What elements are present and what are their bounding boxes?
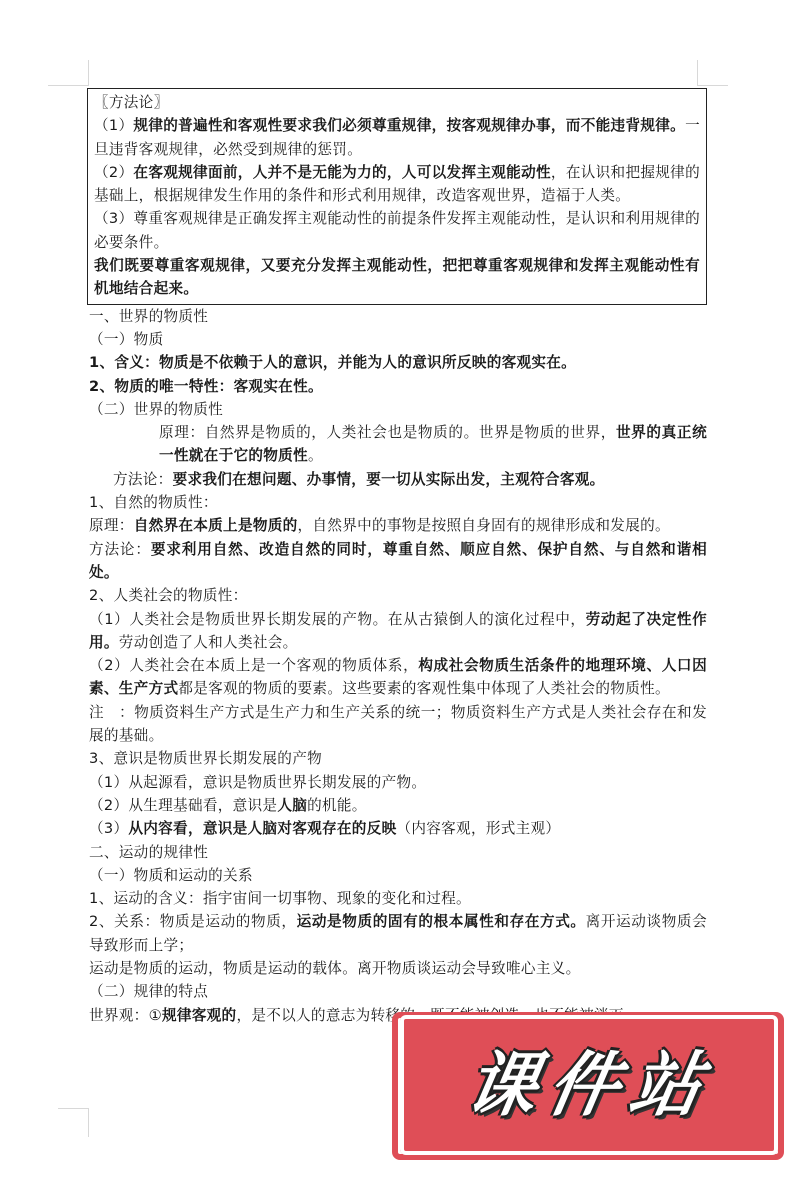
subsection-matter-motion: （一）物质和运动的关系 (89, 864, 707, 887)
subsection-law-features: （二）规律的特点 (89, 980, 707, 1003)
world-principle: 原理：自然界是物质的，人类社会也是物质的。世界是物质的世界，世界的真正统一性就在… (89, 421, 707, 468)
society-point-2: （2）人类社会在本质上是一个客观的物质体系，构成社会物质生活条件的地理环境、人口… (89, 654, 707, 701)
motion-definition: 1、运动的含义：指宇宙间一切事物、现象的变化和过程。 (89, 887, 707, 910)
section-1-title: 一、世界的物质性 (89, 305, 707, 328)
consciousness-title: 3、意识是物质世界长期发展的产物 (89, 747, 707, 770)
margin-mark-top-right (697, 60, 728, 86)
document-page: 〖方法论〗 （1）规律的普遍性和客观性要求我们必须尊重规律，按客观规律办事，而不… (89, 88, 707, 1027)
society-materiality-title: 2、人类社会的物质性： (89, 584, 707, 607)
consciousness-point-1: （1）从起源看，意识是物质世界长期发展的产物。 (89, 771, 707, 794)
box-conclusion: 我们既要尊重客观规律，又要充分发挥主观能动性，把把尊重客观规律和发挥主观能动性有… (94, 254, 700, 301)
section-2-title: 二、运动的规律性 (89, 841, 707, 864)
consciousness-point-3: （3）从内容看，意识是人脑对客观存在的反映（内容客观，形式主观） (89, 817, 707, 840)
watermark-text: 课件站 (422, 1040, 758, 1130)
society-point-1: （1）人类社会是物质世界长期发展的产物。在从古猿倒人的演化过程中，劳动起了决定性… (89, 608, 707, 655)
nature-materiality-title: 1、自然的物质性： (89, 491, 707, 514)
box-point-3: （3）尊重客观规律是正确发挥主观能动性的前提条件发挥主观能动性，是认识和利用规律… (94, 207, 700, 254)
margin-mark-top-left (48, 60, 89, 86)
box-heading: 〖方法论〗 (94, 91, 700, 114)
matter-definition: 1、含义：物质是不依赖于人的意识，并能为人的意识所反映的客观实在。 (89, 351, 707, 374)
subsection-world-materiality: （二）世界的物质性 (89, 398, 707, 421)
subsection-matter: （一）物质 (89, 328, 707, 351)
box-point-2: （2）在客观规律面前，人并不是无能为力的，人可以发挥主观能动性，在认识和把握规律… (94, 161, 700, 208)
consciousness-point-2: （2）从生理基础看，意识是人脑的机能。 (89, 794, 707, 817)
nature-principle: 原理：自然界在本质上是物质的，自然界中的事物是按照自身固有的规律形成和发展的。 (89, 514, 707, 537)
world-methodology: 方法论：要求我们在想问题、办事情，要一切从实际出发，主观符合客观。 (89, 468, 707, 491)
matter-motion-relation: 2、关系：物质是运动的物质，运动是物质的固有的根本属性和存在方式。离开运动谈物质… (89, 910, 707, 957)
margin-mark-bottom-left (58, 1108, 89, 1137)
note: 注 ：物质资料生产方式是生产力和生产关系的统一；物质资料生产方式是人类社会存在和… (89, 701, 707, 748)
matter-unique-property: 2、物质的唯一特性：客观实在性。 (89, 375, 707, 398)
box-point-1: （1）规律的普遍性和客观性要求我们必须尊重规律，按客观规律办事，而不能违背规律。… (94, 114, 700, 161)
nature-methodology: 方法论：要求利用自然、改造自然的同时，尊重自然、顺应自然、保护自然、与自然和谐相… (89, 538, 707, 585)
methodology-box: 〖方法论〗 （1）规律的普遍性和客观性要求我们必须尊重规律，按客观规律办事，而不… (87, 88, 707, 305)
matter-motion-relation-2: 运动是物质的运动，物质是运动的载体。离开物质谈运动会导致唯心主义。 (89, 957, 707, 980)
